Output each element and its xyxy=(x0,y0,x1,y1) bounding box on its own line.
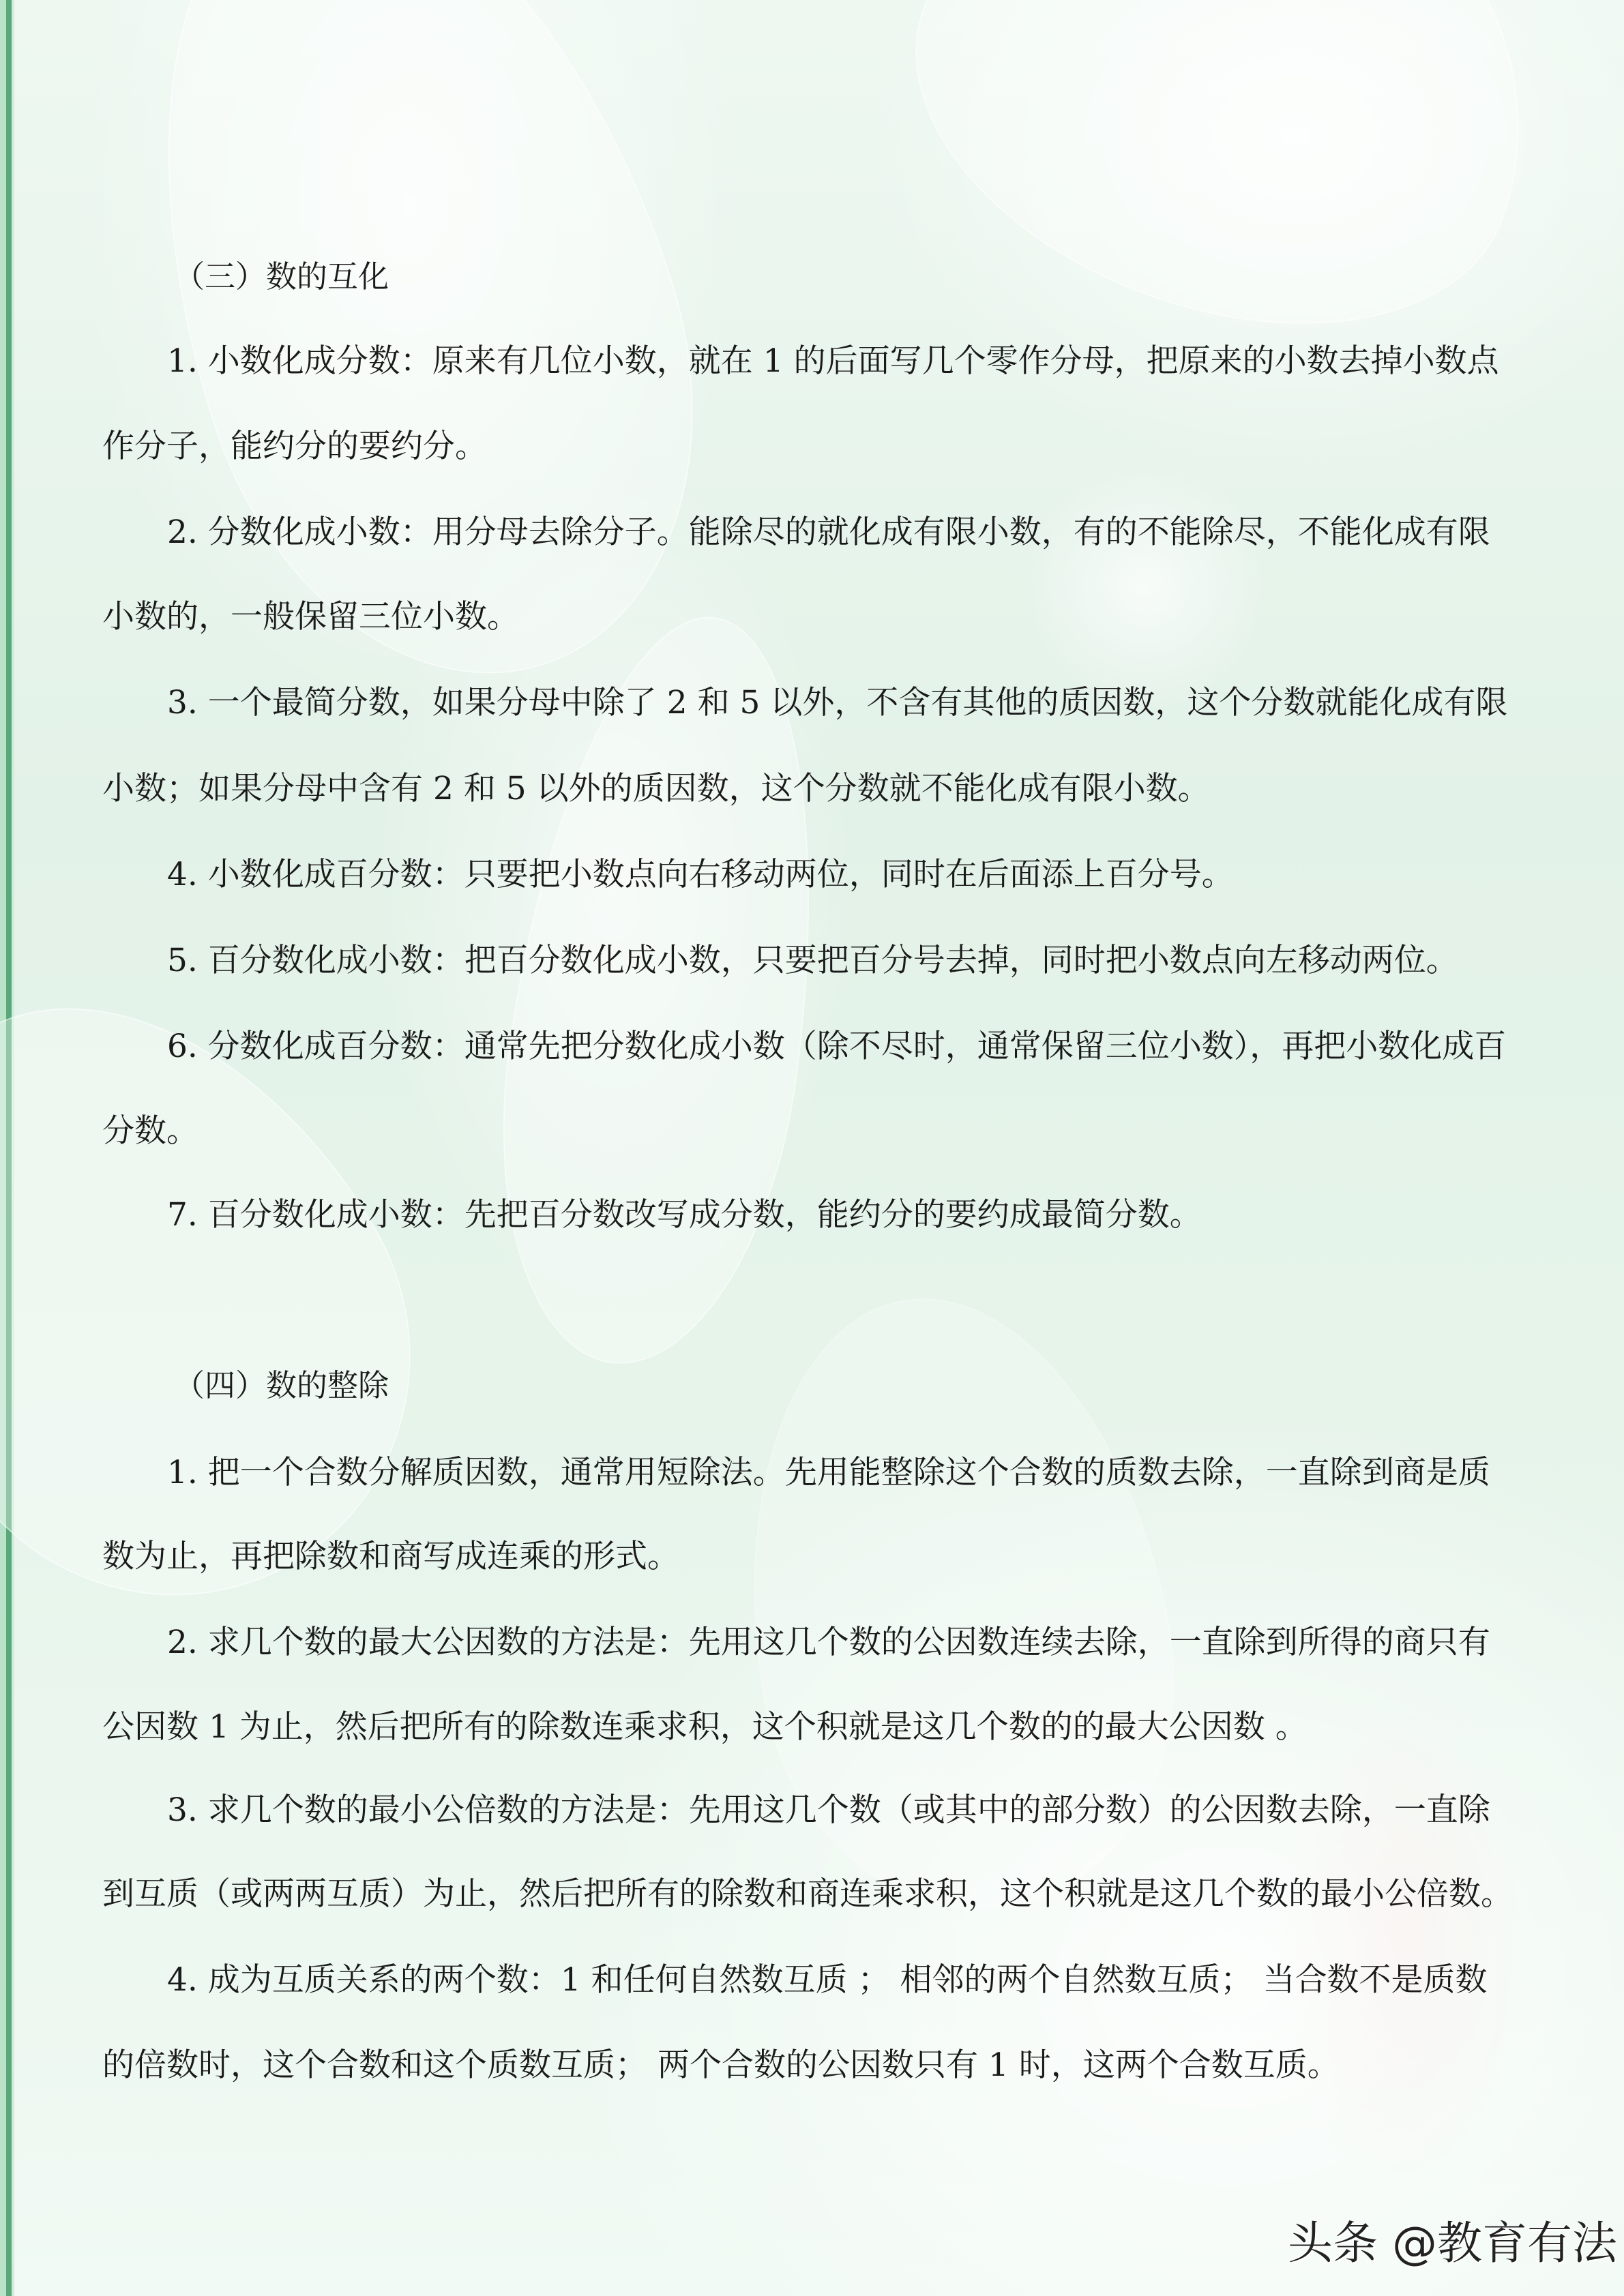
item-line: 6. 分数化成百分数：通常先把分数化成小数（除不尽时，通常保留三位小数），再把小… xyxy=(167,1030,1524,1064)
section-heading-conversion: （三）数的互化 xyxy=(174,260,389,294)
item-line: 7. 百分数化成小数：先把百分数改写成分数，能约分的要约成最简分数。 xyxy=(167,1198,1524,1232)
item-line: 到互质（或两两互质）为止，然后把所有的除数和商连乘求积，这个积就是这几个数的最小… xyxy=(102,1877,1524,1911)
background-petal-decoration xyxy=(700,1264,1213,1943)
background-petal-decoration xyxy=(857,0,1601,400)
item-line: 3. 求几个数的最小公倍数的方法是：先用这几个数（或其中的部分数）的公因数去除，… xyxy=(167,1793,1524,1828)
item-line: 2. 求几个数的最大公因数的方法是：先用这几个数的公因数连续去除，一直除到所得的… xyxy=(167,1626,1524,1660)
item-line: 数为止，再把除数和商写成连乘的形式。 xyxy=(102,1540,1524,1574)
item-line: 分数。 xyxy=(102,1114,1524,1148)
item-line: 4. 成为互质关系的两个数：1 和任何自然数互质 ； 相邻的两个自然数互质； 当… xyxy=(167,1963,1524,1997)
section-heading-divisibility: （四）数的整除 xyxy=(174,1369,389,1403)
item-line: 的倍数时，这个合数和这个质数互质； 两个合数的公因数只有 1 时，这两个合数互质… xyxy=(102,2048,1524,2083)
source-watermark: 头条 @教育有法 xyxy=(1288,2216,1617,2271)
item-line: 1. 小数化成分数：原来有几位小数，就在 1 的后面写几个零作分母，把原来的小数… xyxy=(167,344,1524,378)
item-line: 小数的，一般保留三位小数。 xyxy=(102,600,1524,634)
item-line: 3. 一个最简分数，如果分母中除了 2 和 5 以外，不含有其他的质因数，这个分… xyxy=(167,686,1524,720)
item-line: 作分子，能约分的要约分。 xyxy=(102,430,1524,464)
item-line: 1. 把一个合数分解质因数，通常用短除法。先用能整除这个合数的质数去除，一直除到… xyxy=(167,1456,1524,1490)
item-line: 小数；如果分母中含有 2 和 5 以外的质因数，这个分数就不能化成有限小数。 xyxy=(102,772,1524,806)
item-line: 2. 分数化成小数：用分母去除分子。能除尽的就化成有限小数，有的不能除尽，不能化… xyxy=(167,516,1524,550)
item-line: 公因数 1 为止，然后把所有的除数连乘求积，这个积就是这几个数的的最大公因数 。 xyxy=(102,1710,1524,1744)
item-line: 5. 百分数化成小数：把百分数化成小数，只要把百分号去掉，同时把小数点向左移动两… xyxy=(167,944,1524,978)
item-line: 4. 小数化成百分数：只要把小数点向右移动两位，同时在后面添上百分号。 xyxy=(167,858,1524,892)
